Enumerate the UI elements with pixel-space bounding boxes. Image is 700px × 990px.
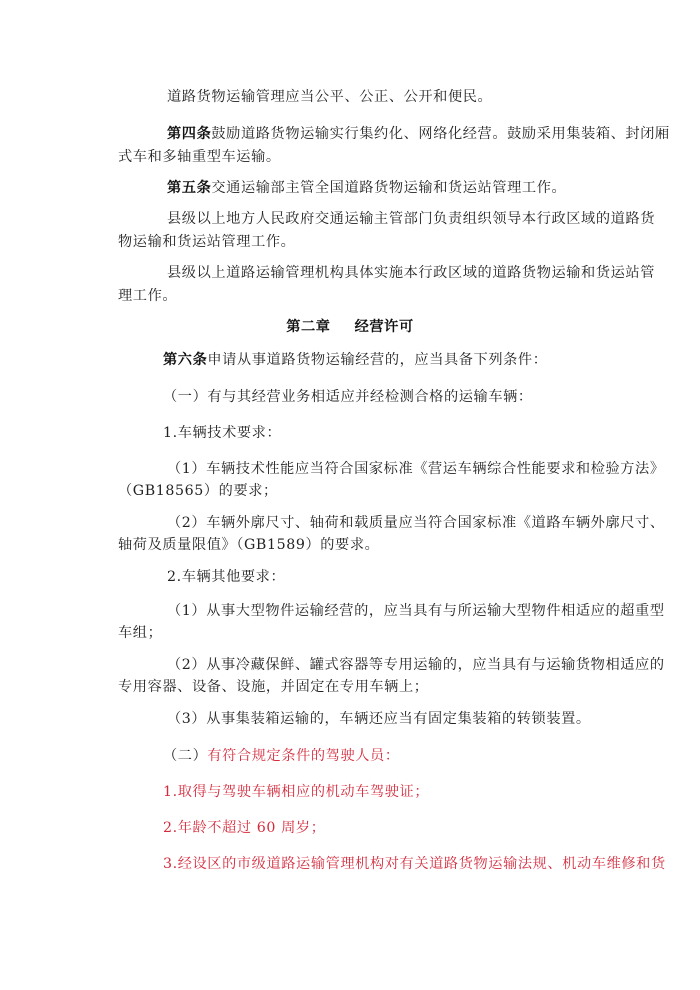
list-item-text: （1）车辆技术性能应当符合国家标准《营运车辆综合性能要求和检验方法》 — [167, 461, 665, 477]
condition-prefix: （二） — [163, 748, 207, 764]
paragraph-text: 理工作。 — [118, 288, 177, 304]
article-text: 鼓励道路货物运输实行集约化、网络化经营。鼓励采用集装箱、封闭厢 — [211, 126, 669, 142]
list-item-text-highlighted: 1.取得与驾驶车辆相应的机动车驾驶证； — [163, 784, 429, 800]
chapter-number: 第二章 — [286, 319, 330, 335]
tech-item-1: （1）车辆技术性能应当符合国家标准《营运车辆综合性能要求和检验方法》 — [167, 460, 665, 478]
condition-text-highlighted: 有符合规定条件的驾驶人员： — [207, 748, 399, 764]
article-text: 式车和多轴重型车运输。 — [118, 149, 281, 165]
paragraph-text: 物运输和货运站管理工作。 — [118, 234, 295, 250]
other-item-1-continuation: 车组； — [118, 624, 162, 642]
article-label: 第六条 — [163, 352, 207, 368]
list-item-text: 1.车辆技术要求： — [163, 425, 281, 441]
list-item-text: 车组； — [118, 625, 162, 641]
list-item-text: （GB18565）的要求； — [118, 483, 278, 499]
paragraph-county-agency: 县级以上道路运输管理机构具体实施本行政区域的道路货物运输和货运站管 — [167, 264, 655, 282]
list-item-text: 轴荷及质量限值》（GB1589）的要求。 — [118, 537, 379, 553]
list-item-text: 专用容器、设备、设施，并固定在专用车辆上； — [118, 679, 429, 695]
condition-text: （一）有与其经营业务相适应并经检测合格的运输车辆： — [163, 389, 533, 405]
paragraph-county-gov-continuation: 物运输和货运站管理工作。 — [118, 233, 295, 251]
driver-item-2: 2.年龄不超过 60 周岁； — [163, 819, 326, 837]
article-4-continuation: 式车和多轴重型车运输。 — [118, 148, 281, 166]
article-label: 第五条 — [167, 180, 211, 196]
paragraph-text: 县级以上地方人民政府交通运输主管部门负责组织领导本行政区域的道路货 — [167, 211, 655, 227]
list-item-text: （3）从事集装箱运输的，车辆还应当有固定集装箱的转锁装置。 — [167, 711, 591, 727]
tech-item-2: （2）车辆外廓尺寸、轴荷和载质量应当符合国家标准《道路车辆外廓尺寸、 — [167, 514, 665, 532]
paragraph-county-agency-continuation: 理工作。 — [118, 287, 177, 305]
paragraph-county-gov: 县级以上地方人民政府交通运输主管部门负责组织领导本行政区域的道路货 — [167, 210, 655, 228]
article-5: 第五条交通运输部主管全国道路货物运输和货运站管理工作。 — [167, 179, 566, 197]
list-item-text: 2.车辆其他要求： — [167, 569, 285, 585]
chapter-heading: 第二章经营许可 — [0, 318, 700, 336]
list-item-text: （1）从事大型物件运输经营的，应当具有与所运输大型物件相适应的超重型 — [167, 603, 665, 619]
list-item-text: （2）车辆外廓尺寸、轴荷和载质量应当符合国家标准《道路车辆外廓尺寸、 — [167, 515, 665, 531]
driver-item-1: 1.取得与驾驶车辆相应的机动车驾驶证； — [163, 783, 429, 801]
list-item-text-highlighted: 3.经设区的市级道路运输管理机构对有关道路货物运输法规、机动车维修和货 — [163, 856, 666, 872]
paragraph-text: 道路货物运输管理应当公平、公正、公开和便民。 — [167, 89, 492, 105]
paragraph-text: 县级以上道路运输管理机构具体实施本行政区域的道路货物运输和货运站管 — [167, 265, 655, 281]
paragraph-intro: 道路货物运输管理应当公平、公正、公开和便民。 — [167, 88, 492, 106]
article-text: 交通运输部主管全国道路货物运输和货运站管理工作。 — [211, 180, 566, 196]
article-6: 第六条申请从事道路货物运输经营的，应当具备下列条件： — [163, 351, 548, 369]
document-page: 道路货物运输管理应当公平、公正、公开和便民。 第四条鼓励道路货物运输实行集约化、… — [0, 0, 700, 990]
article-4: 第四条鼓励道路货物运输实行集约化、网络化经营。鼓励采用集装箱、封闭厢 — [167, 125, 670, 143]
condition-1: （一）有与其经营业务相适应并经检测合格的运输车辆： — [163, 388, 533, 406]
article-label: 第四条 — [167, 126, 211, 142]
other-requirements-heading: 2.车辆其他要求： — [167, 568, 285, 586]
other-item-2-continuation: 专用容器、设备、设施，并固定在专用车辆上； — [118, 678, 429, 696]
condition-2: （二）有符合规定条件的驾驶人员： — [163, 747, 400, 765]
chapter-title: 经营许可 — [355, 319, 414, 335]
tech-requirements-heading: 1.车辆技术要求： — [163, 424, 281, 442]
other-item-3: （3）从事集装箱运输的，车辆还应当有固定集装箱的转锁装置。 — [167, 710, 591, 728]
other-item-2: （2）从事冷藏保鲜、罐式容器等专用运输的，应当具有与运输货物相适应的 — [167, 656, 665, 674]
article-text: 申请从事道路货物运输经营的，应当具备下列条件： — [207, 352, 547, 368]
driver-item-3: 3.经设区的市级道路运输管理机构对有关道路货物运输法规、机动车维修和货 — [163, 855, 666, 873]
list-item-text-highlighted: 2.年龄不超过 60 周岁； — [163, 820, 326, 836]
other-item-1: （1）从事大型物件运输经营的，应当具有与所运输大型物件相适应的超重型 — [167, 602, 665, 620]
tech-item-1-continuation: （GB18565）的要求； — [118, 482, 278, 500]
list-item-text: （2）从事冷藏保鲜、罐式容器等专用运输的，应当具有与运输货物相适应的 — [167, 657, 665, 673]
tech-item-2-continuation: 轴荷及质量限值》（GB1589）的要求。 — [118, 536, 379, 554]
